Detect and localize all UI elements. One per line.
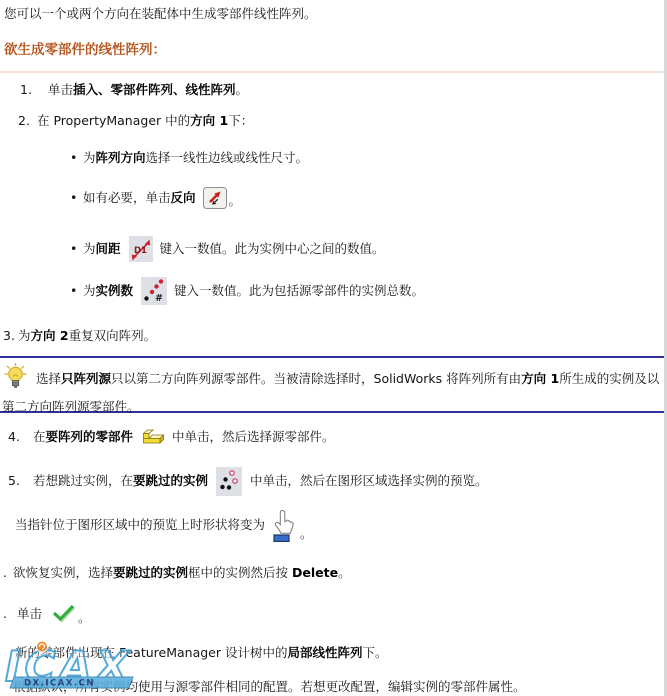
restore-paragraph: . 欲恢复实例，选择要跳过的实例框中的实例然后按 Delete。	[3, 565, 351, 581]
list-marker: .	[3, 606, 17, 622]
bullet-instance-count: • 为实例数 # 键入一数值。此为包括源零部件的实例总数。	[70, 276, 424, 306]
bullet-reverse-direction: • 如有必要，单击反向 。	[70, 186, 241, 210]
bullet-4-label: 为实例数	[83, 283, 133, 299]
click-label: 单击	[17, 606, 42, 622]
pointer-text: 当指针位于图形区域中的预览上时形状将变为	[15, 517, 265, 533]
step-1-number: 1.	[20, 82, 48, 98]
step-2: 2. 在 PropertyManager 中的方向 1下：	[18, 113, 253, 129]
pointer-paragraph: 当指针位于图形区域中的预览上时形状将变为 。	[15, 507, 313, 543]
step-2-text: 在 PropertyManager 中的方向 1下：	[37, 113, 253, 129]
step-2-number: 2.	[18, 113, 37, 129]
watermark-swirl-icon	[37, 641, 48, 652]
bullet-marker: •	[70, 241, 83, 257]
tip-box: 选择只阵列源只以第二方向阵列源零部件。当被清除选择时，SolidWorks 将阵…	[0, 356, 664, 413]
bullet-spacing: • 为间距 D1 键入一数值。此为实例中心之间的数值。	[70, 236, 385, 262]
svg-text:#: #	[155, 293, 163, 304]
tip-lightbulb-icon	[2, 362, 29, 397]
step-4-label: 在要阵列的零部件	[33, 429, 133, 445]
click-period: 。	[78, 610, 91, 626]
ok-check-icon	[52, 605, 76, 623]
bullet-marker: •	[70, 283, 83, 299]
page-title: 欲生成零部件的线性阵列：	[4, 42, 166, 58]
step-5-number: 5.	[8, 473, 33, 489]
icax-watermark: ICAX DX.ICAX.CN	[0, 639, 200, 696]
step-4-number: 4.	[8, 429, 33, 445]
skip-instances-icon	[216, 467, 242, 496]
step-4: 4. 在要阵列的零部件 中单击，然后选择源零部件。	[8, 424, 335, 450]
help-document: 您可以一个或两个方向在装配体中生成零部件线性阵列。 欲生成零部件的线性阵列： 1…	[0, 0, 667, 696]
step-5: 5. 若想跳过实例，在要跳过的实例 中单击，然后在图形区域选择实例的预览。	[8, 465, 488, 497]
bullet-3-rest: 键入一数值。此为实例中心之间的数值。	[160, 241, 385, 257]
bullet-1-text: 为阵列方向选择一线性边线或线性尺寸。	[83, 150, 308, 166]
bullet-marker: •	[70, 190, 83, 206]
bullet-marker: •	[70, 150, 83, 166]
step-3: 3. 为方向 2重复双向阵列。	[3, 328, 156, 344]
skip-pointer-icon	[270, 508, 298, 542]
tip-text: 选择只阵列源只以第二方向阵列源零部件。当被清除选择时，SolidWorks 将阵…	[2, 362, 660, 416]
bullet-2-text: 如有必要，单击反向	[83, 190, 196, 206]
restore-text: 欲恢复实例，选择要跳过的实例框中的实例然后按 Delete。	[13, 565, 351, 581]
step-4-rest: 中单击，然后选择源零部件。	[172, 429, 335, 445]
step-1: 1. 单击插入、零部件阵列、线性阵列。	[20, 82, 248, 98]
instance-count-icon: #	[141, 277, 167, 305]
intro-paragraph: 您可以一个或两个方向在装配体中生成零部件线性阵列。	[4, 6, 317, 22]
pointer-period: 。	[300, 526, 313, 542]
svg-text:D1: D1	[134, 246, 147, 256]
list-marker: .	[3, 565, 13, 581]
step-1-text: 单击插入、零部件阵列、线性阵列。	[48, 82, 248, 98]
click-ok-paragraph: . 单击 。	[3, 601, 91, 627]
heading-divider	[0, 71, 664, 73]
bullet-pattern-direction: • 为阵列方向选择一线性边线或线性尺寸。	[70, 150, 308, 166]
spacing-icon: D1	[129, 236, 153, 262]
step-5-rest: 中单击，然后在图形区域选择实例的预览。	[250, 473, 488, 489]
watermark-banner-text: DX.ICAX.CN	[24, 679, 95, 689]
bullet-2-period: 。	[229, 193, 242, 209]
bullet-3-label: 为间距	[83, 241, 121, 257]
step-5-label: 若想跳过实例，在要跳过的实例	[33, 473, 208, 489]
seed-component-icon	[141, 427, 165, 447]
step-3-number: 3.	[3, 328, 18, 344]
reverse-direction-icon	[203, 187, 227, 209]
step-3-text: 为方向 2重复双向阵列。	[18, 328, 156, 344]
bullet-4-rest: 键入一数值。此为包括源零部件的实例总数。	[174, 283, 424, 299]
intro-text: 您可以一个或两个方向在装配体中生成零部件线性阵列。	[4, 6, 317, 22]
